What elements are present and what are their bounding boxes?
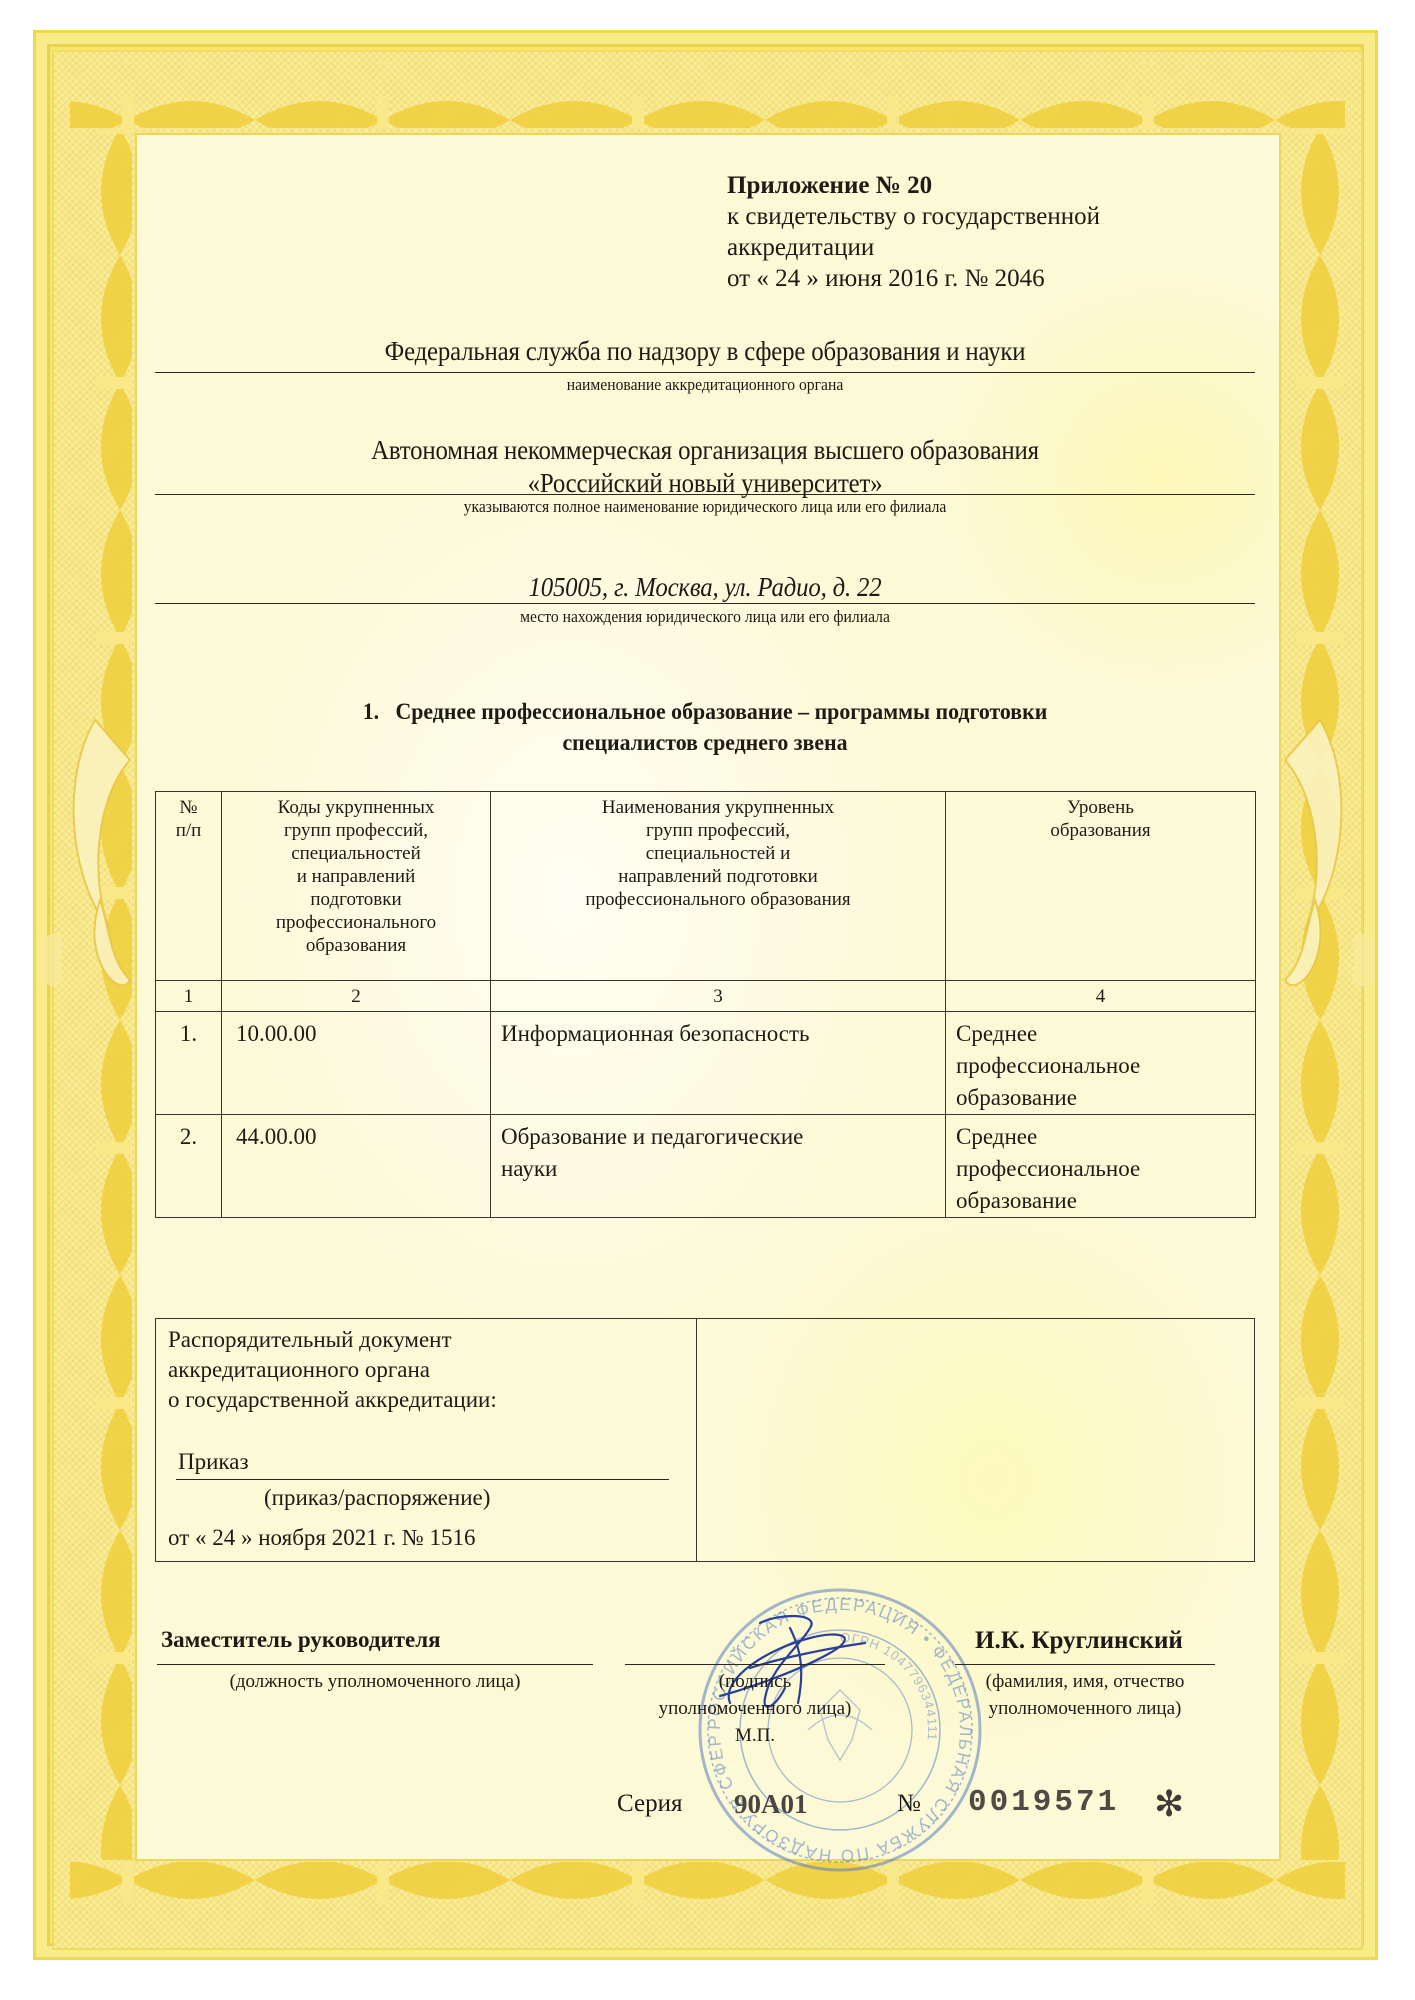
- order-box-divider: [696, 1319, 697, 1561]
- accreditation-body-caption: наименование аккредитационного органа: [199, 375, 1211, 395]
- position-caption: (должность уполномоченного лица): [157, 1668, 593, 1695]
- row-number: 1.: [156, 1012, 222, 1115]
- signatory-name: И.К. Круглинский: [975, 1627, 1183, 1655]
- row-code: 44.00.00: [222, 1115, 491, 1218]
- header-line: Наименования укрупненных: [491, 796, 945, 819]
- header-line: групп профессий,: [491, 819, 945, 842]
- order-doc-type-underline: [176, 1479, 669, 1480]
- row-code: 10.00.00: [222, 1012, 491, 1115]
- table-row: 1.10.00.00Информационная безопасностьСре…: [156, 1012, 1256, 1115]
- table-row: 2.44.00.00Образование и педагогическиена…: [156, 1115, 1256, 1218]
- appendix-line-3: от « 24 » июня 2016 г. № 2046: [727, 263, 1100, 294]
- signatory-position: Заместитель руководителя: [161, 1627, 441, 1653]
- address-value: 105005, г. Москва, ул. Радио, д. 22: [199, 572, 1211, 603]
- order-doc-type-caption: (приказ/распоряжение): [264, 1483, 490, 1513]
- header-number: №п/п: [156, 792, 222, 981]
- header-names: Наименования укрупненныхгрупп профессий,…: [491, 792, 946, 981]
- order-doc-type: Приказ: [178, 1447, 249, 1477]
- appendix-line-2: аккредитации: [727, 232, 1100, 263]
- column-number: 2: [222, 981, 491, 1012]
- accreditation-body-field: Федеральная служба по надзору в сфере об…: [155, 336, 1255, 367]
- organization-underline: [155, 494, 1255, 495]
- accreditation-body-underline: [155, 372, 1255, 373]
- section-title-line-1: Среднее профессиональное образование – п…: [395, 699, 1047, 724]
- header-line: подготовки: [222, 888, 490, 911]
- header-line: профессионального образования: [491, 888, 945, 911]
- header-line: профессионального: [222, 911, 490, 934]
- position-underline: [157, 1664, 593, 1665]
- header-line: и направлений: [222, 865, 490, 888]
- signature-caption: (подпись уполномоченного лица) М.П.: [615, 1668, 895, 1749]
- number-label: №: [897, 1790, 921, 1818]
- row-name: Информационная безопасность: [491, 1012, 946, 1115]
- section-title-line-2: специалистов среднего звена: [183, 727, 1228, 758]
- row-name: Образование и педагогическиенауки: [491, 1115, 946, 1218]
- name-underline: [955, 1664, 1215, 1665]
- programs-table: №п/п Коды укрупненныхгрупп профессий,спе…: [155, 791, 1256, 1218]
- seal-mark-label: М.П.: [615, 1722, 895, 1749]
- name-caption-line-1: (фамилия, имя, отчество: [945, 1668, 1225, 1695]
- organization-name-line-2: «Российский новый университет»: [199, 467, 1211, 500]
- header-line: №: [156, 796, 221, 819]
- header-line: групп профессий,: [222, 819, 490, 842]
- series-code: 90А01: [734, 1789, 808, 1820]
- header-line: образования: [222, 934, 490, 957]
- asterisk-mark-icon: ✻: [1154, 1784, 1184, 1825]
- signature-underline: [625, 1664, 885, 1665]
- column-number-row: 1 2 3 4: [156, 981, 1256, 1012]
- column-number: 4: [946, 981, 1256, 1012]
- section-number: 1.: [363, 699, 379, 724]
- appendix-header: Приложение № 20 к свидетельству о госуда…: [727, 170, 1100, 294]
- name-caption-line-2: уполномоченного лица): [945, 1695, 1225, 1722]
- organization-caption: указываются полное наименование юридичес…: [199, 497, 1211, 517]
- header-line: Коды укрупненных: [222, 796, 490, 819]
- header-line: специальностей и: [491, 842, 945, 865]
- name-caption: (фамилия, имя, отчество уполномоченного …: [945, 1668, 1225, 1722]
- column-number: 1: [156, 981, 222, 1012]
- series-label: Серия: [617, 1790, 682, 1818]
- accreditation-body-name: Федеральная служба по надзору в сфере об…: [199, 336, 1211, 367]
- header-line: Уровень: [946, 796, 1255, 819]
- address-caption: место нахождения юридического лица или е…: [199, 607, 1211, 627]
- header-line: специальностей: [222, 842, 490, 865]
- column-number: 3: [491, 981, 946, 1012]
- address-underline: [155, 603, 1255, 604]
- header-level: Уровеньобразования: [946, 792, 1256, 981]
- appendix-title: Приложение № 20: [727, 170, 1100, 201]
- appendix-line-1: к свидетельству о государственной: [727, 201, 1100, 232]
- row-number: 2.: [156, 1115, 222, 1218]
- section-title: 1. Среднее профессиональное образование …: [183, 696, 1228, 758]
- organization-name-line-1: Автономная некоммерческая организация вы…: [199, 434, 1211, 467]
- row-level: Среднеепрофессиональноеобразование: [946, 1012, 1256, 1115]
- header-line: образования: [946, 819, 1255, 842]
- header-line: направлений подготовки: [491, 865, 945, 888]
- table-header-row: №п/п Коды укрупненныхгрупп профессий,спе…: [156, 792, 1256, 981]
- order-heading-line-1: Распорядительный документ: [168, 1325, 497, 1355]
- order-document-box: Распорядительный документ аккредитационн…: [155, 1318, 1255, 1562]
- order-heading-line-3: о государственной аккредитации:: [168, 1385, 497, 1415]
- order-heading-line-2: аккредитационного органа: [168, 1355, 497, 1385]
- signature-caption-line-2: уполномоченного лица): [615, 1695, 895, 1722]
- row-level: Среднеепрофессиональноеобразование: [946, 1115, 1256, 1218]
- header-codes: Коды укрупненныхгрупп профессий,специаль…: [222, 792, 491, 981]
- order-heading: Распорядительный документ аккредитационн…: [168, 1325, 497, 1415]
- header-line: п/п: [156, 819, 221, 842]
- signature-caption-line-1: (подпись: [615, 1668, 895, 1695]
- organization-field: Автономная некоммерческая организация вы…: [155, 434, 1255, 500]
- order-date-number: от « 24 » ноября 2021 г. № 1516: [168, 1523, 476, 1553]
- address-field: 105005, г. Москва, ул. Радио, д. 22: [155, 572, 1255, 603]
- blank-serial-number: 0019571: [968, 1785, 1119, 1820]
